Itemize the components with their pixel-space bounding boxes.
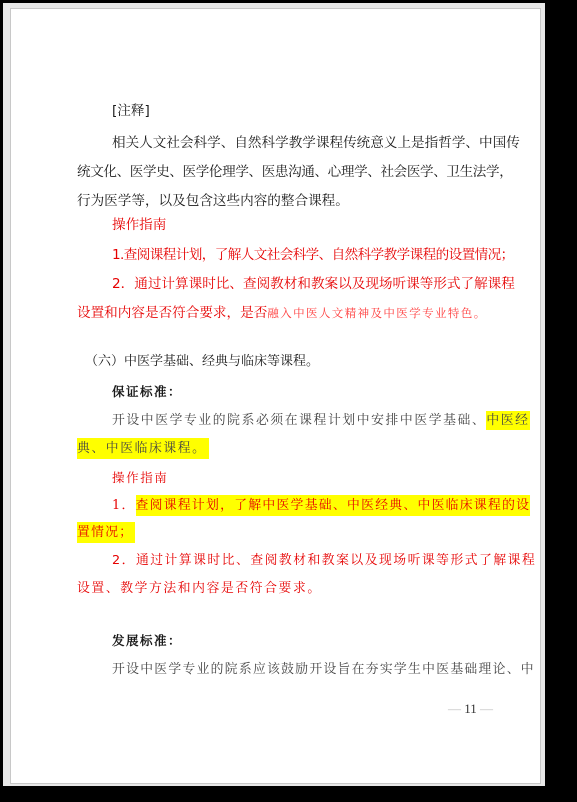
basic-standard-line: 开设中医学专业的院系必须在课程计划中安排中医学基础、中医经	[112, 411, 498, 431]
dev-standard-line: 开设中医学专业的院系应该鼓励开设旨在夯实学生中医基础理论、中	[112, 660, 498, 680]
page-number-dash: —	[480, 701, 493, 716]
section-6-title: （六）中医学基础、经典与临床等课程。	[85, 352, 506, 372]
note-heading: [注释]	[112, 101, 498, 121]
basic-standard-line: 典、中医临床课程。	[77, 439, 498, 459]
note-body-line: 行为医学等，以及包含这些内容的整合课程。	[77, 191, 498, 211]
highlighted-text: 置情况；	[77, 522, 135, 543]
guide-item-2-line: 2．通过计算课时比、查阅教材和教案以及现场听课等形式了解课程	[112, 551, 498, 571]
page-number: — 11 —	[448, 701, 493, 717]
guide-item-1-line: 1．查阅课程计划，了解中医学基础、中医经典、中医临床课程的设	[112, 496, 498, 516]
page-number-value: 11	[464, 701, 477, 716]
basic-standard-text: 开设中医学专业的院系必须在课程计划中安排中医学基础、	[112, 413, 486, 428]
guide-item-2-line: 设置和内容是否符合要求，是否融入中医人文精神及中医学专业特色。	[77, 303, 498, 323]
basic-standard-label: 保证标准：	[112, 382, 498, 402]
guide-item-2-line: 设置、教学方法和内容是否符合要求。	[77, 579, 498, 599]
document-page: [注释] 相关人文社会科学、自然科学教学课程传统意义上是指哲学、中国传 统文化、…	[10, 8, 541, 784]
guide-heading: 操作指南	[112, 215, 498, 235]
guide-item-1-line: 置情况；	[77, 523, 498, 543]
guide-heading: 操作指南	[112, 468, 498, 488]
guide-item-2-text-b: 融入中医人文精神及中医学专业特色。	[267, 306, 486, 320]
guide-item-2-text-a: 设置和内容是否符合要求，是否	[77, 305, 267, 321]
note-body-line: 相关人文社会科学、自然科学教学课程传统意义上是指哲学、中国传	[112, 133, 498, 153]
guide-item-2-line: 2．通过计算课时比、查阅教材和教案以及现场听课等形式了解课程	[112, 274, 498, 294]
guide-item-1: 1.查阅课程计划，了解人文社会科学、自然科学教学课程的设置情况；	[112, 245, 498, 265]
page-shadow: [注释] 相关人文社会科学、自然科学教学课程传统意义上是指哲学、中国传 统文化、…	[3, 3, 545, 786]
note-body-line: 统文化、医学史、医学伦理学、医患沟通、心理学、社会医学、卫生法学，	[77, 162, 498, 182]
dev-standard-label: 发展标准：	[112, 631, 498, 651]
page-number-dash: —	[448, 701, 461, 716]
highlighted-text: 典、中医临床课程。	[77, 438, 209, 459]
guide-item-number: 1．	[112, 498, 136, 513]
highlighted-text: 中医经	[486, 411, 529, 430]
highlighted-text: 查阅课程计划，了解中医学基础、中医经典、中医临床课程的设	[136, 495, 531, 516]
